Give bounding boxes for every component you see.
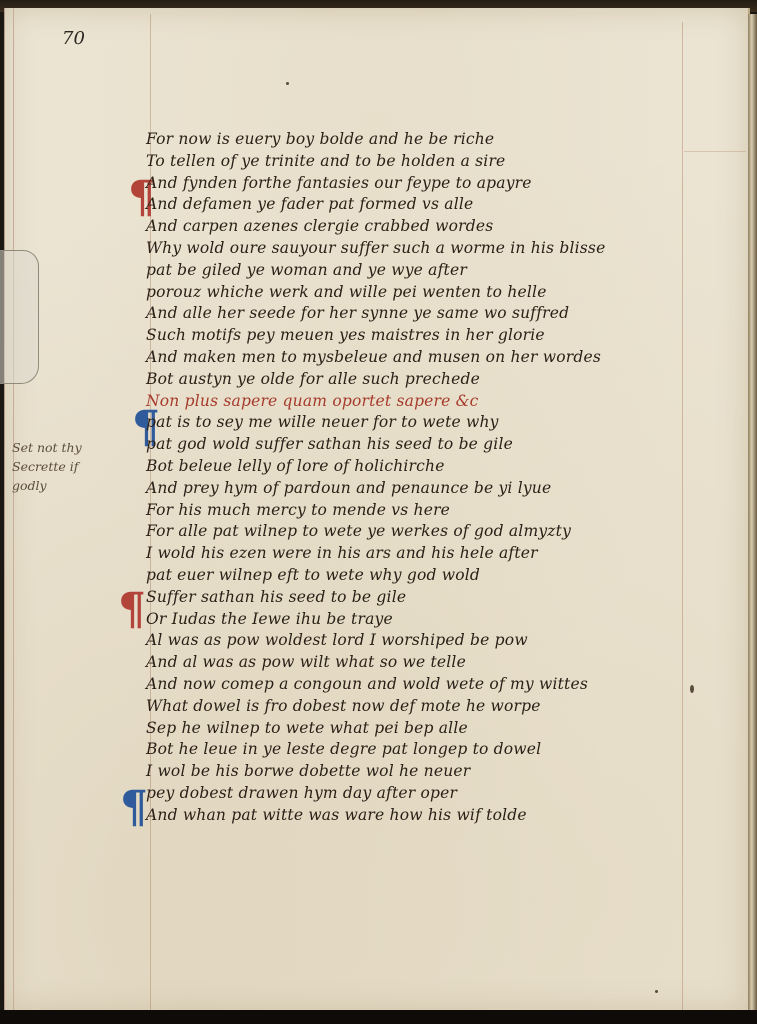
text-line: For now is euery boy bolde and he be ric… — [146, 129, 706, 151]
text-line: And prey hym of pardoun and penaunce be … — [146, 478, 706, 500]
text-line: And al was as pow wilt what so we telle — [146, 652, 706, 674]
ink-speck — [286, 82, 289, 85]
text-line: pat god wold suffer sathan his seed to b… — [146, 434, 706, 456]
text-line: And now comep a congoun and wold wete of… — [146, 674, 706, 696]
text-line: Bot austyn ye olde for alle such preched… — [146, 369, 706, 391]
text-line: Suffer sathan his seed to be gile — [146, 587, 706, 609]
text-line: And defamen ye fader pat formed vs alle — [146, 194, 706, 216]
marginal-note-line: Secrette if — [12, 457, 122, 476]
text-line: Bot beleue lelly of lore of holichirche — [146, 456, 706, 478]
text-line: To tellen of ye trinite and to be holden… — [146, 151, 706, 173]
text-line: Such motifs pey meuen yes maistres in he… — [146, 325, 706, 347]
folio-number: 70 — [62, 28, 85, 49]
marginal-note-line: Set not thy — [12, 438, 122, 457]
text-line: pey dobest drawen hym day after oper — [146, 783, 706, 805]
text-line: And maken men to mysbeleue and musen on … — [146, 347, 706, 369]
text-line: Sep he wilnep to wete what pei bep alle — [146, 718, 706, 740]
text-line: And whan pat witte was ware how his wif … — [146, 805, 706, 827]
decorated-initial-blue: ¶ — [120, 786, 148, 830]
page-fore-edge — [748, 14, 757, 1010]
text-line: porouz whiche werk and wille pei wenten … — [146, 282, 706, 304]
marginal-annotation: Set not thy Secrette if godly — [12, 438, 122, 495]
text-line: Al was as pow woldest lord I worshiped b… — [146, 630, 706, 652]
decorated-initial-red: ¶ — [118, 588, 146, 632]
text-line: pat be giled ye woman and ye wye after — [146, 260, 706, 282]
page-tab-marker[interactable] — [0, 250, 39, 384]
text-line: Or Iudas the Iewe ihu be traye — [146, 609, 706, 631]
marginal-note-line: godly — [12, 476, 122, 495]
text-line: Why wold oure sauyour suffer such a worm… — [146, 238, 706, 260]
text-line: And alle her seede for her synne ye same… — [146, 303, 706, 325]
text-line: I wol be his borwe dobette wol he neuer — [146, 761, 706, 783]
rubric-line: Non plus sapere quam oportet sapere &c — [146, 391, 706, 413]
text-line: For alle pat wilnep to wete ye werkes of… — [146, 521, 706, 543]
text-line: pat is to sey me wille neuer for to wete… — [146, 412, 706, 434]
text-line: I wold his ezen were in his ars and his … — [146, 543, 706, 565]
text-line: What dowel is fro dobest now def mote he… — [146, 696, 706, 718]
text-line: pat euer wilnep eft to wete why god wold — [146, 565, 706, 587]
binding-gutter — [4, 8, 14, 1012]
text-line: For his much mercy to mende vs here — [146, 500, 706, 522]
ink-speck — [655, 990, 658, 993]
text-line: And fynden forthe fantasies our feype to… — [146, 173, 706, 195]
text-line: Bot he leue in ye leste degre pat longep… — [146, 739, 706, 761]
text-line: And carpen azenes clergie crabbed wordes — [146, 216, 706, 238]
manuscript-text-block: For now is euery boy bolde and he be ric… — [146, 129, 706, 827]
book-bottom-edge — [0, 1010, 757, 1024]
